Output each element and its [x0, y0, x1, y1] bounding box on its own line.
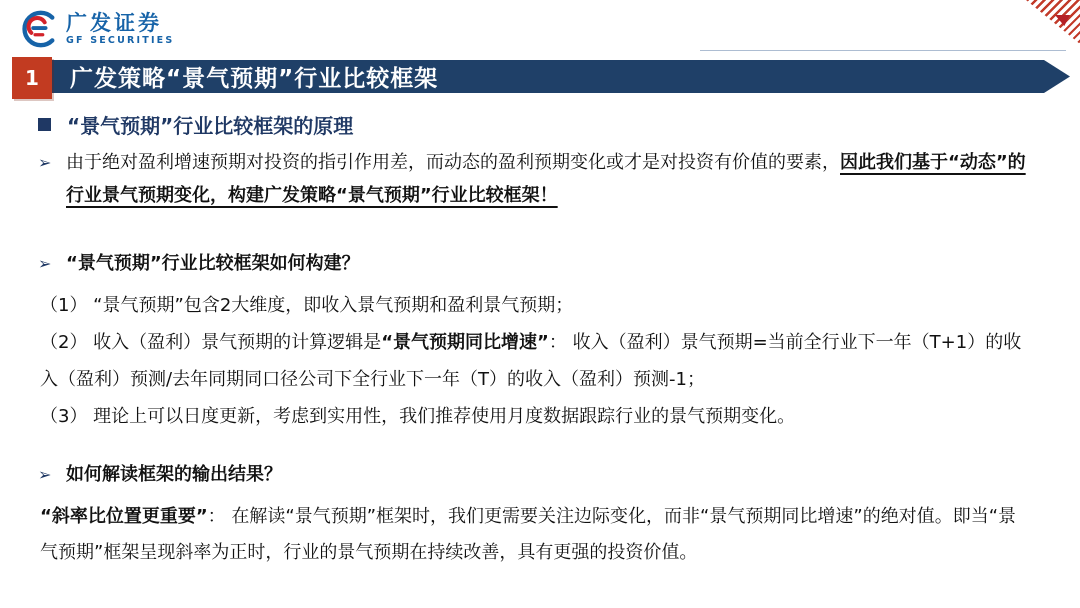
arrow-bullet-icon: ➢ — [38, 252, 60, 276]
section1-heading-label: “景气预期”行业比较框架的原理 — [67, 110, 353, 139]
construct-item-1: （1） “景气预期”包含2大维度，即收入景气预期和盈利景气预期； — [40, 287, 1024, 324]
section3-paragraph: “斜率比位置更重要”： 在解读“景气预期”框架时，我们更需要关注边际变化，而非“… — [40, 499, 1026, 571]
section2-items: （1） “景气预期”包含2大维度，即收入景气预期和盈利景气预期； （2） 收入（… — [40, 287, 1024, 435]
section2-heading: ➢ “景气预期”行业比较框架如何构建？ — [38, 252, 360, 276]
section1-paragraph: ➢ 由于绝对盈利增速预期对投资的指引作用差，而动态的盈利预期变化或才是对投资有价… — [38, 146, 1026, 212]
slide: 广发证券 GF SECURITIES 广发策略“景气预期”行业比较框架 1 “景… — [0, 0, 1080, 608]
arrow-bullet-icon: ➢ — [38, 463, 60, 487]
corner-stripes-decoration — [1026, 0, 1080, 44]
gf-securities-logo: 广发证券 GF SECURITIES — [16, 8, 174, 50]
logo-text: 广发证券 GF SECURITIES — [66, 12, 174, 46]
logo-en-name: GF SECURITIES — [66, 36, 174, 46]
para-normal-text: 由于绝对盈利增速预期对投资的指引作用差，而动态的盈利预期变化或才是对投资有价值的… — [66, 152, 840, 173]
construct-item-2: （2） 收入（盈利）景气预期的计算逻辑是“景气预期同比增速”： 收入（盈利）景气… — [40, 324, 1024, 398]
section1-paragraph-text: 由于绝对盈利增速预期对投资的指引作用差，而动态的盈利预期变化或才是对投资有价值的… — [66, 146, 1026, 212]
arrow-bullet-icon: ➢ — [38, 146, 60, 212]
construct-item-3: （3） 理论上可以日度更新，考虑到实用性，我们推荐使用月度数据跟踪行业的景气预期… — [40, 398, 1024, 435]
section-number-badge: 1 — [12, 57, 52, 99]
section2-heading-label: “景气预期”行业比较框架如何构建？ — [66, 252, 360, 276]
section-banner: 广发策略“景气预期”行业比较框架 — [12, 60, 1070, 93]
section1-heading: “景气预期”行业比较框架的原理 — [38, 110, 353, 139]
header-divider-line — [700, 50, 1066, 51]
section3-heading: ➢ 如何解读框架的输出结果？ — [38, 463, 282, 487]
gf-logo-icon — [16, 8, 58, 50]
logo-cn-name: 广发证券 — [66, 12, 174, 34]
slope-bold-text: “斜率比位置更重要” — [40, 506, 208, 527]
item2-bold-text: “景气预期同比增速” — [381, 332, 549, 353]
section3-heading-label: 如何解读框架的输出结果？ — [66, 463, 282, 487]
page-title: 广发策略“景气预期”行业比较框架 — [70, 60, 438, 93]
item2-pre-text: （2） 收入（盈利）景气预期的计算逻辑是 — [40, 332, 381, 353]
square-bullet-icon — [38, 118, 51, 131]
